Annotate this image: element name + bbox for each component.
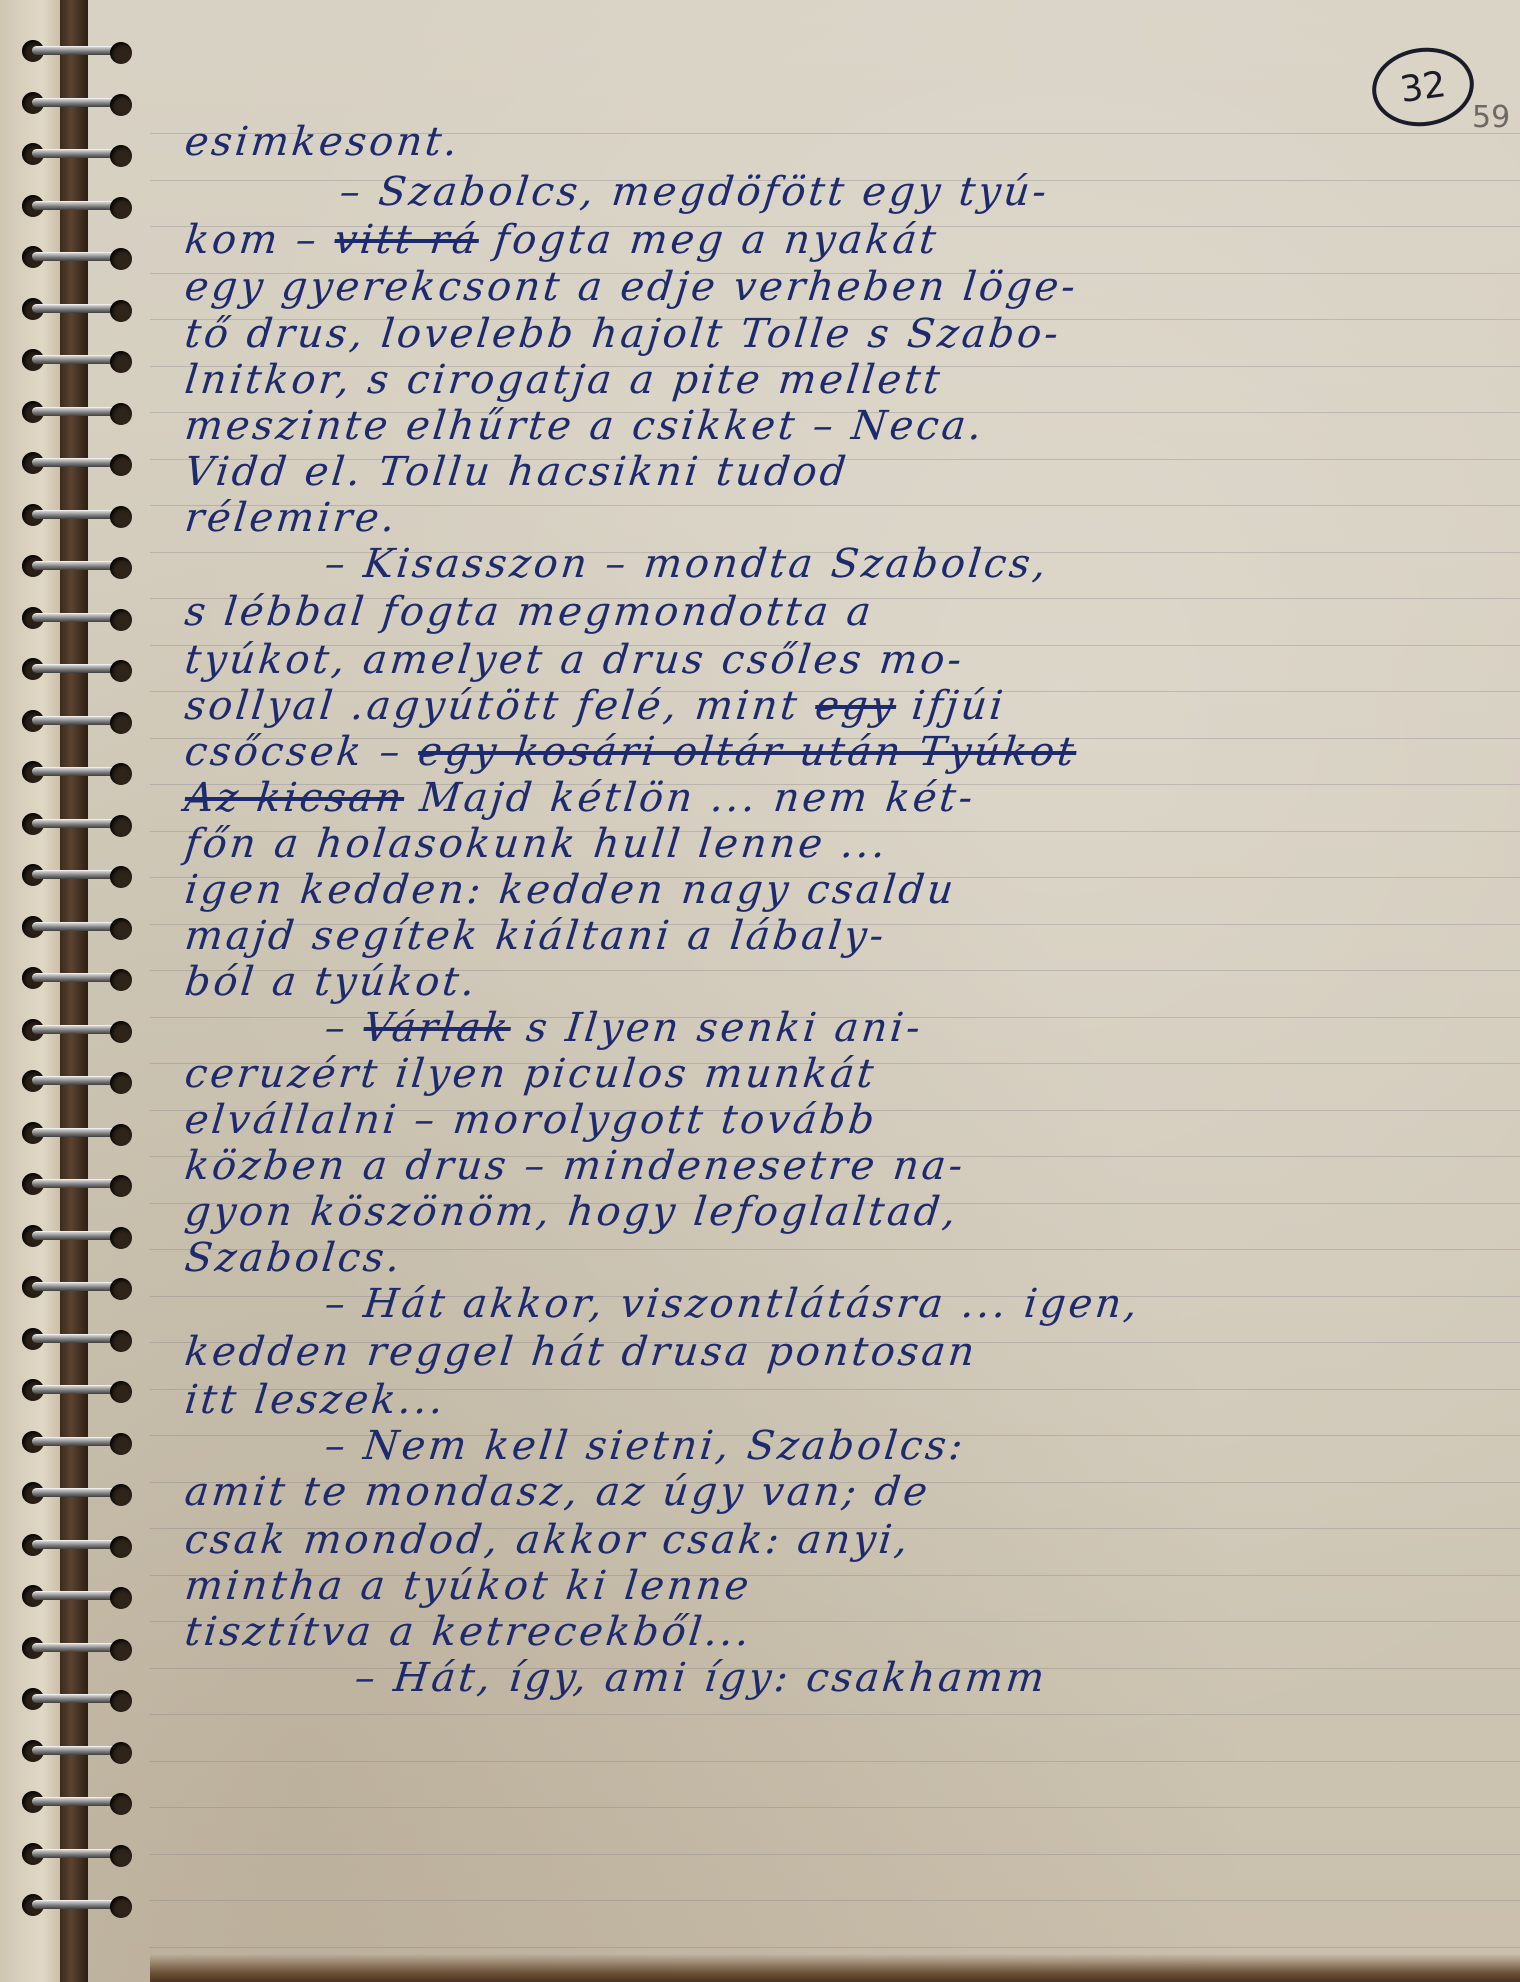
spiral-ring [22,1791,132,1813]
handwritten-line: elvállalni – morolygott tovább [183,1098,880,1142]
spiral-ring [22,1534,132,1556]
handwritten-line: sollyal .agyútött felé, mint egy ifjúi [183,684,1008,728]
spiral-ring [22,607,132,629]
spiral-ring [22,298,132,320]
spiral-ring [22,761,132,783]
handwritten-line: Az kicsan Majd kétlön ... nem két- [183,776,978,820]
handwritten-line: kedden reggel hát drusa pontosan [183,1330,980,1374]
spiral-ring [22,1328,132,1350]
page-bottom-shadow [150,1954,1520,1982]
ruled-line [150,1900,1520,1901]
line-text: Majd kétlön ... nem két- [402,775,978,821]
struck-through-text: egy [813,683,899,729]
handwritten-line: – Nem kell sietni, Szabolcs: [323,1424,968,1468]
line-text: csőcsek – [183,729,421,775]
handwritten-line: majd segítek kiáltani a lábaly- [183,914,889,958]
handwritten-line: amit te mondasz, az úgy van; de [183,1470,933,1514]
handwritten-line: lnitkor, s cirogatja a pite mellett [183,358,945,402]
handwritten-line: tisztítva a ketrecekből... [183,1610,754,1654]
spiral-ring [22,1122,132,1144]
spiral-ring [22,555,132,577]
line-text: ifjúi [894,683,1008,729]
handwritten-line: – Szabolcs, megdöfött egy tyú- [338,170,1052,214]
spiral-ring [22,1637,132,1659]
line-text: fogta meg a nyakát [477,217,942,263]
struck-through-text: egy kosári oltár után Tyúkot [416,729,1079,775]
handwritten-line: gyon köszönöm, hogy lefoglaltad, [183,1190,961,1234]
handwritten-line: rélemire. [183,496,400,540]
line-text: kom – [183,217,338,263]
spiral-ring [22,401,132,423]
handwritten-line: igen kedden: kedden nagy csaldu [183,868,959,912]
spiral-ring [22,1431,132,1453]
ruled-line [150,1854,1520,1855]
spiral-ring [22,1070,132,1092]
spiral-ring [22,658,132,680]
spiral-ring [22,1019,132,1041]
spiral-ring [22,864,132,886]
line-text: sollyal .agyútött felé, mint [183,683,818,729]
spiral-ring [22,1585,132,1607]
spiral-ring [22,246,132,268]
handwritten-line: főn a holasokunk hull lenne ... [183,822,891,866]
struck-through-text: Az kicsan [183,775,407,821]
handwritten-line: itt leszek... [183,1378,448,1422]
handwritten-line: csak mondod, akkor csak: anyi, [183,1518,913,1562]
struck-through-text: Várlak [361,1005,513,1051]
handwritten-line: – Kisasszon – mondta Szabolcs, [323,542,1051,586]
handwritten-line: ból a tyúkot. [183,960,480,1004]
line-text: s Ilyen senki ani- [508,1005,925,1051]
handwritten-line: kom – vitt rá fogta meg a nyakát [183,218,941,262]
handwritten-line: – Várlak s Ilyen senki ani- [323,1006,925,1050]
handwritten-line: csőcsek – egy kosári oltár után Tyúkot [183,730,1079,774]
handwritten-line: Szabolcs. [183,1236,405,1280]
handwritten-line: tyúkot, amelyet a drus csőles mo- [183,638,967,682]
pencil-page-number: 59 [1472,100,1510,135]
spiral-ring [22,1688,132,1710]
spiral-ring [22,710,132,732]
spiral-ring [22,143,132,165]
handwritten-line: egy gyerekcsont a edje verheben löge- [183,265,1081,309]
spiral-ring [22,1276,132,1298]
handwritten-line: esimkesont. [183,120,463,164]
spiral-ring [22,452,132,474]
spiral-ring [22,92,132,114]
ruled-line [150,1714,1520,1715]
struck-through-text: vitt rá [332,217,481,263]
spiral-ring [22,813,132,835]
handwritten-line: ceruzért ilyen piculos munkát [183,1052,879,1096]
handwritten-line: mintha a tyúkot ki lenne [183,1564,754,1608]
spiral-ring [22,1843,132,1865]
circled-page-number: 32 [1367,41,1479,132]
ruled-line [150,1807,1520,1808]
spiral-ring [22,1894,132,1916]
handwritten-line: – Hát, így, ami így: csakhamm [353,1656,1050,1700]
handwritten-line: – Hát akkor, viszontlátásra ... igen, [323,1282,1143,1326]
spiral-ring [22,1225,132,1247]
ruled-line [150,1761,1520,1762]
spiral-ring [22,349,132,371]
spiral-ring [22,1482,132,1504]
spiral-ring [22,504,132,526]
spiral-ring [22,916,132,938]
spiral-ring [22,195,132,217]
handwritten-line: tő drus, lovelebb hajolt Tolle s Szabo- [183,312,1064,356]
handwritten-line: s lébbal fogta megmondotta a [183,590,876,634]
handwritten-line: meszinte elhűrte a csikket – Neca. [183,404,987,448]
spiral-ring [22,1379,132,1401]
spiral-ring [22,1740,132,1762]
spiral-ring [22,1173,132,1195]
line-text: – [323,1005,367,1051]
handwritten-line: Vidd el. Tollu hacsikni tudod [183,450,851,494]
ruled-line [150,1947,1520,1948]
handwritten-line: közben a drus – mindenesetre na- [183,1144,968,1188]
spiral-ring [22,967,132,989]
spiral-ring [22,40,132,62]
notebook-page: 32 59 esimkesont.– Szabolcs, megdöfött e… [0,0,1520,1982]
